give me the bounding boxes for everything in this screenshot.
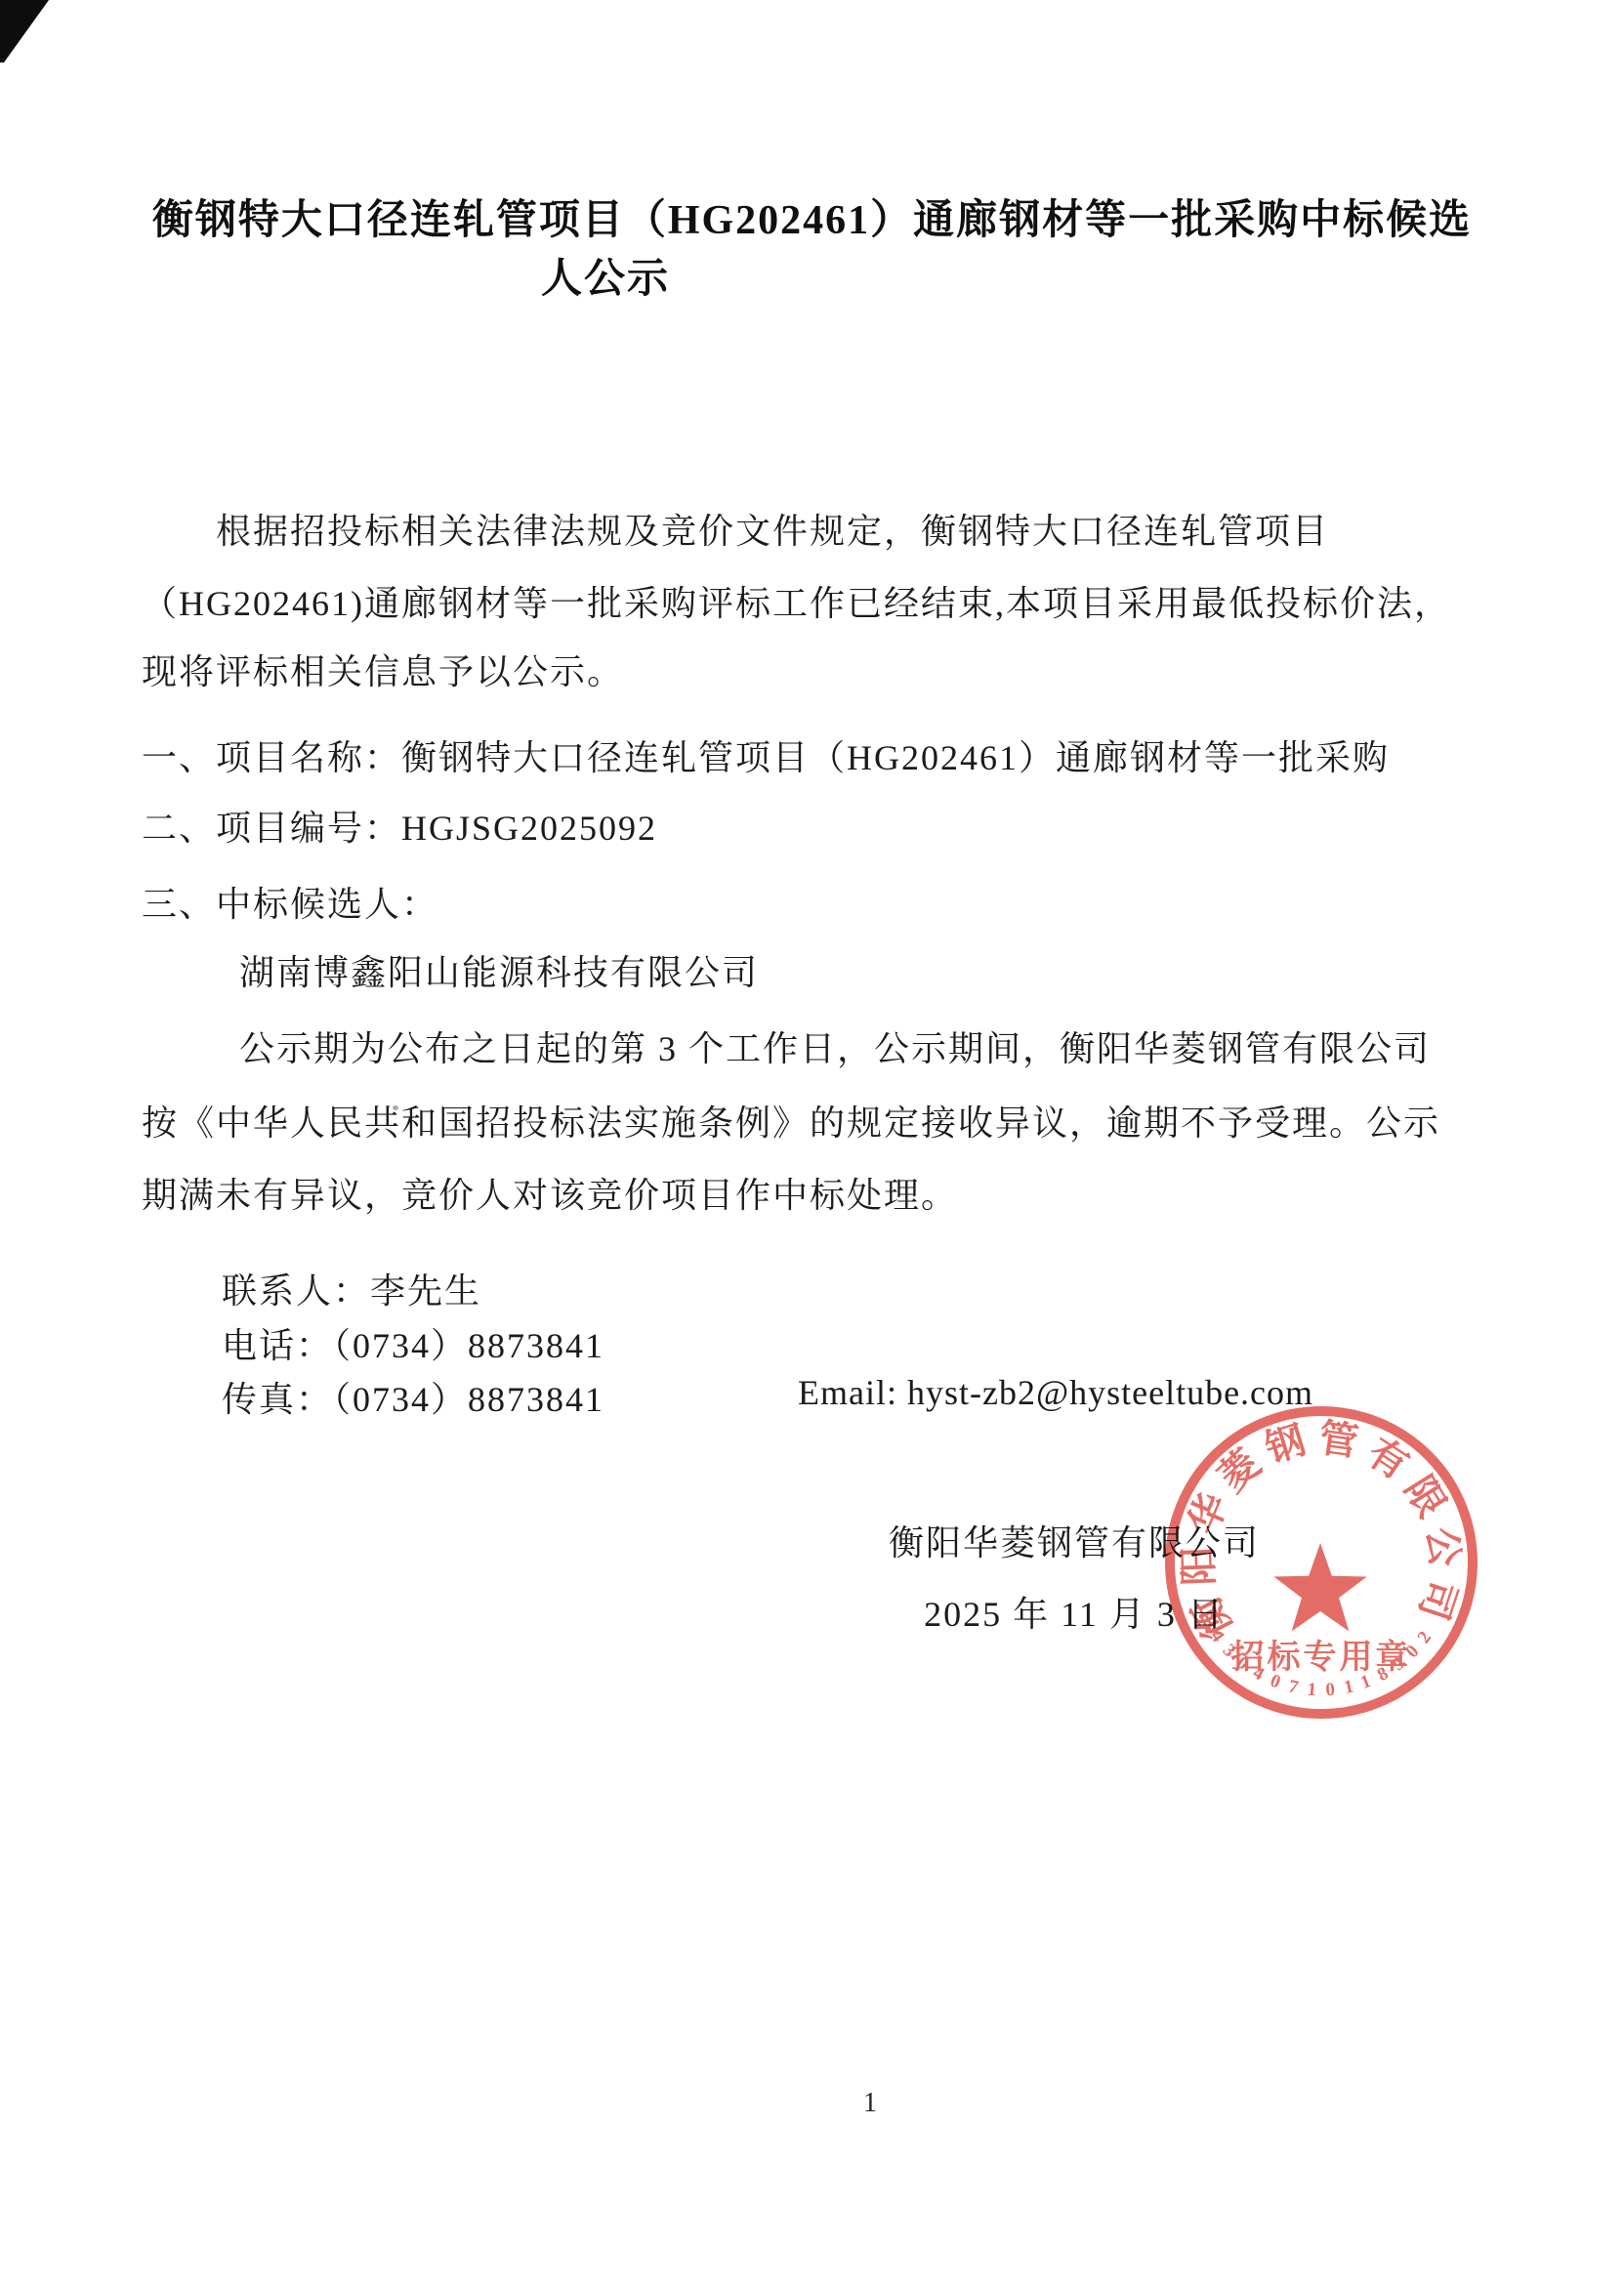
item-project-number: 二、项目编号：HGJSG2025092 — [142, 801, 657, 851]
contact-fax-row: 传真：（0734）8873841 Email: hyst-zb2@hysteel… — [142, 1372, 604, 1422]
intro-line-1: 根据招投标相关法律法规及竞价文件规定，衡钢特大口径连轧管项目 — [142, 504, 1329, 554]
item-project-name: 一、项目名称：衡钢特大口径连轧管项目（HG202461）通廊钢材等一批采购 — [142, 730, 1390, 780]
intro-line-2: （HG202461)通廊钢材等一批采购评标工作已经结束,本项目采用最低投标价法， — [142, 576, 1451, 626]
intro-line-3: 现将评标相关信息予以公示。 — [142, 645, 624, 694]
company-seal: 衡阳华菱钢管有限公司 招标专用章 43040710118902 — [1147, 1387, 1499, 1738]
contact-fax: 传真：（0734）8873841 — [222, 1380, 604, 1419]
item-candidates-heading: 三、中标候选人： — [142, 877, 438, 927]
seal-star-icon — [1273, 1543, 1366, 1632]
winning-candidate-name: 湖南博鑫阳山能源科技有限公司 — [142, 945, 759, 995]
notice-line-3: 期满未有异议，竞价人对该竞价项目作中标处理。 — [142, 1168, 958, 1218]
contact-phone: 电话：（0734）8873841 — [142, 1318, 604, 1368]
scan-corner-artifact — [0, 0, 49, 62]
page-number: 1 — [863, 2088, 877, 2119]
notice-line-1: 公示期为公布之日起的第 3 个工作日，公示期间，衡阳华菱钢管有限公司 — [142, 1021, 1431, 1071]
document-title-line-2: 人公示 — [0, 246, 1211, 305]
document-page: 衡钢特大口径连轧管项目（HG202461）通廊钢材等一批采购中标候选 人公示 根… — [0, 0, 1624, 2291]
contact-person: 联系人：李先生 — [142, 1264, 481, 1313]
document-title-line-1: 衡钢特大口径连轧管项目（HG202461）通廊钢材等一批采购中标候选 — [0, 187, 1624, 246]
notice-line-2: 按《中华人民共和国招投标法实施条例》的规定接收异议，逾期不予受理。公示 — [142, 1096, 1440, 1145]
scan-speck — [393, 1105, 398, 1110]
